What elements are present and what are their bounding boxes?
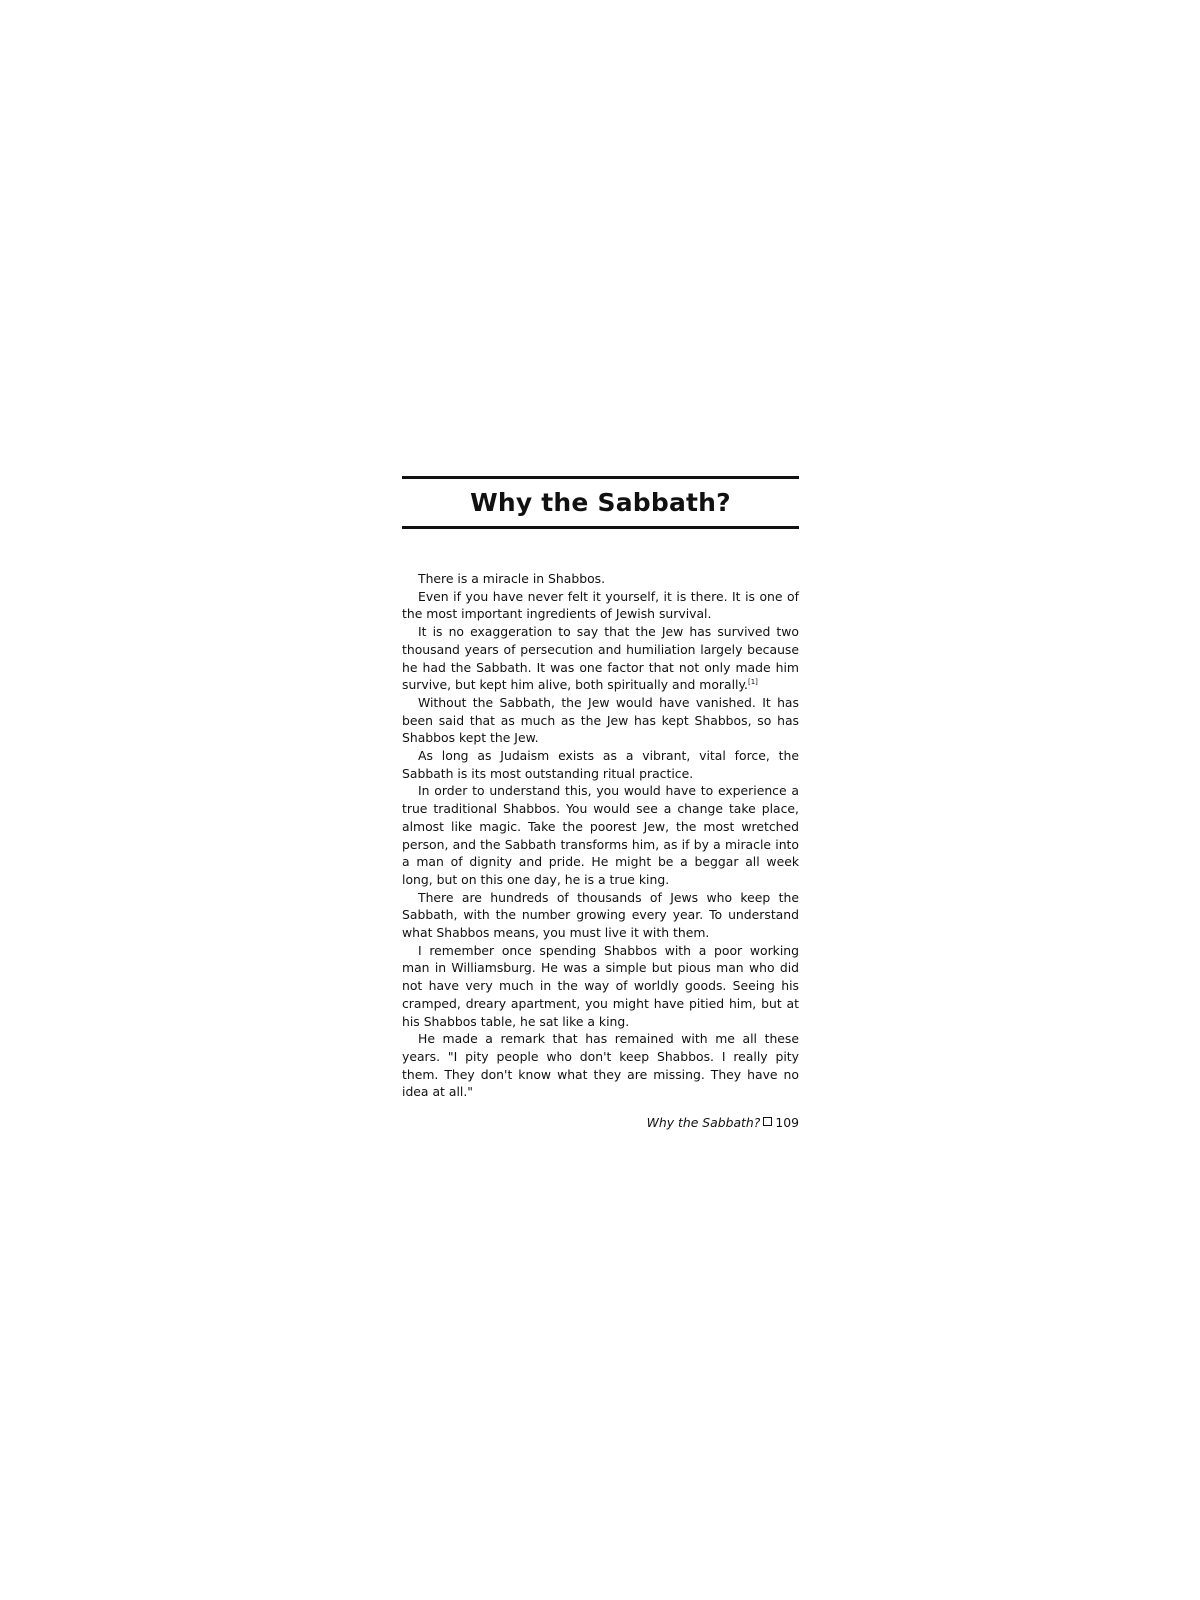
paragraph: He made a remark that has remained with …: [402, 1030, 799, 1101]
body-text: There is a miracle in Shabbos. Even if y…: [402, 570, 799, 1101]
title-rule-top: [402, 476, 799, 479]
paragraph: Without the Sabbath, the Jew would have …: [402, 694, 799, 747]
book-page: Why the Sabbath? There is a miracle in S…: [402, 476, 799, 1131]
paragraph: There is a miracle in Shabbos.: [402, 570, 799, 588]
paragraph: There are hundreds of thousands of Jews …: [402, 889, 799, 942]
chapter-title: Why the Sabbath?: [402, 488, 799, 518]
footnote-reference[interactable]: [1]: [748, 678, 758, 686]
paragraph: As long as Judaism exists as a vibrant, …: [402, 747, 799, 782]
page-footer: Why the Sabbath?109: [402, 1115, 799, 1131]
paragraph: In order to understand this, you would h…: [402, 782, 799, 888]
page-number: 109: [775, 1115, 799, 1130]
paragraph: I remember once spending Shabbos with a …: [402, 942, 799, 1031]
running-title: Why the Sabbath?: [647, 1115, 761, 1130]
title-rule-bottom: [402, 526, 799, 529]
paragraph: Even if you have never felt it yourself,…: [402, 588, 799, 623]
box-icon: [763, 1117, 772, 1126]
paragraph: It is no exaggeration to say that the Je…: [402, 623, 799, 694]
